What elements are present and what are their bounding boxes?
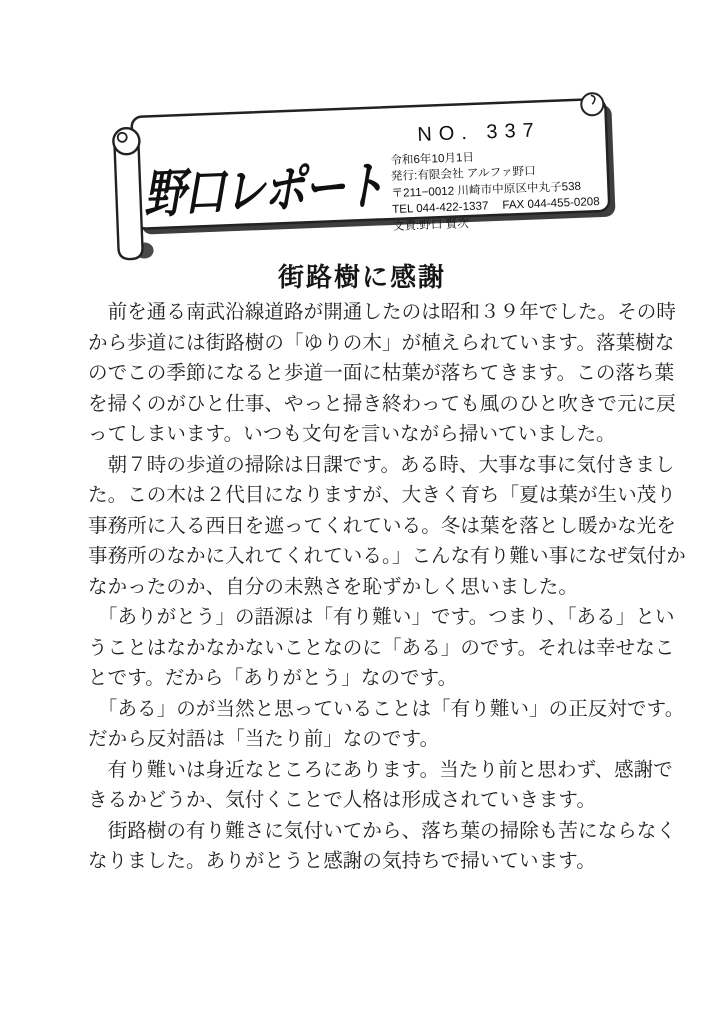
article-line: 「ある」のが当然と思っていることは「有り難い」の正反対です。 xyxy=(88,694,654,725)
article-line: だから反対語は「当たり前」なのです。 xyxy=(88,724,654,755)
article-line: 朝７時の歩道の掃除は日課です。ある時、大事な事に気付きまし xyxy=(88,450,654,481)
issue-info-block: NO. 337 令和6年10月1日 発行:有限会社 アルファ野口 〒211−00… xyxy=(389,117,611,235)
article-line: た。この木は２代目になりますが、大きく育ち「夏は葉が生い茂り xyxy=(88,480,654,511)
article-line: のでこの季節になると歩道一面に枯葉が落ちてきます。この落ち葉 xyxy=(88,358,654,389)
article-line: 事務所に入る西日を遮ってくれている。冬は葉を落とし暖かな光を xyxy=(88,511,654,542)
article-title: 街路樹に感謝 xyxy=(0,257,724,294)
masthead-title: 野口レポート xyxy=(142,143,395,228)
article-line: とです。だから「ありがとう」なのです。 xyxy=(88,663,654,694)
article-body: 前を通る南武沿線道路が開通したのは昭和３９年でした。その時 から歩道には街路樹の… xyxy=(88,297,654,877)
article-line: 街路樹の有り難さに気付いてから、落ち葉の掃除も苦にならなく xyxy=(88,816,654,847)
article-line: 前を通る南武沿線道路が開通したのは昭和３９年でした。その時 xyxy=(88,297,654,328)
article-line: 事務所のなかに入れてくれている。」こんな有り難い事になぜ気付か xyxy=(88,541,654,572)
article-line: なりました。ありがとうと感謝の気持ちで掃いています。 xyxy=(88,846,654,877)
article-line: きるかどうか、気付くことで人格は形成されていきます。 xyxy=(88,785,654,816)
newsletter-page: 野口レポート NO. 337 令和6年10月1日 発行:有限会社 アルファ野口 … xyxy=(0,0,724,1024)
masthead-banner: 野口レポート NO. 337 令和6年10月1日 発行:有限会社 アルファ野口 … xyxy=(105,90,627,268)
article-line: うことはなかなかないことなのに「ある」のです。それは幸せなこ xyxy=(88,633,654,664)
article-line: なかったのか、自分の未熟さを恥ずかしく思いました。 xyxy=(88,572,654,603)
article-line: 「ありがとう」の語源は「有り難い」です。つまり、「ある」とい xyxy=(88,602,654,633)
article-line: 有り難いは身近なところにあります。当たり前と思わず、感謝で xyxy=(88,755,654,786)
article-line: から歩道には街路樹の「ゆりの木」が植えられています。落葉樹な xyxy=(88,328,654,359)
article-line: ってしまいます。いつも文句を言いながら掃いていました。 xyxy=(88,419,654,450)
page-curl-icon xyxy=(581,93,604,116)
article-line: を掃くのがひと仕事、やっと掃き終わっても風のひと吹きで元に戻 xyxy=(88,389,654,420)
